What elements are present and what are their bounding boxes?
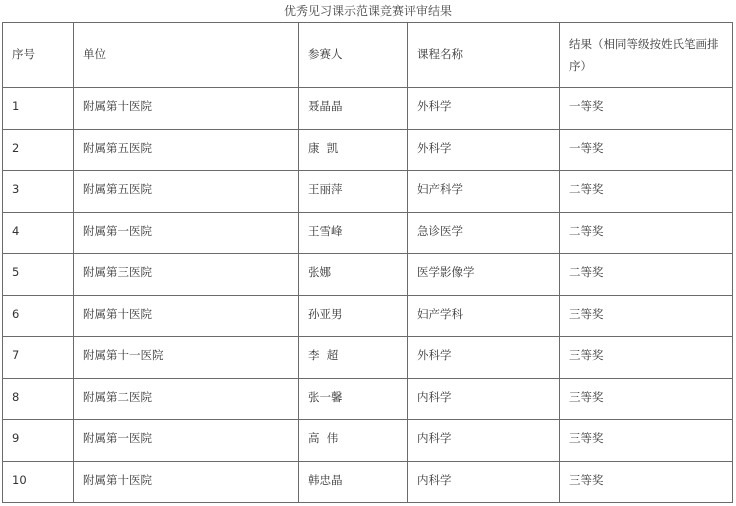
cell-result: 三等奖 bbox=[560, 337, 733, 379]
cell-course: 内科学 bbox=[408, 420, 560, 462]
table-row: 4 附属第一医院 王雪峰 急诊医学 二等奖 bbox=[3, 212, 733, 254]
cell-unit: 附属第十医院 bbox=[74, 88, 299, 130]
cell-course: 医学影像学 bbox=[408, 254, 560, 296]
cell-result: 三等奖 bbox=[560, 295, 733, 337]
table-row: 10 附属第十医院 韩忠晶 内科学 三等奖 bbox=[3, 461, 733, 503]
cell-unit: 附属第五医院 bbox=[74, 129, 299, 171]
cell-course: 内科学 bbox=[408, 378, 560, 420]
cell-result: 一等奖 bbox=[560, 129, 733, 171]
cell-result: 二等奖 bbox=[560, 171, 733, 213]
cell-result: 一等奖 bbox=[560, 88, 733, 130]
cell-result: 三等奖 bbox=[560, 420, 733, 462]
results-table: 序号 单位 参赛人 课程名称 结果（相同等级按姓氏笔画排序） 1 附属第十医院 … bbox=[2, 22, 733, 503]
cell-course: 妇产科学 bbox=[408, 171, 560, 213]
table-header-row: 序号 单位 参赛人 课程名称 结果（相同等级按姓氏笔画排序） bbox=[3, 23, 733, 88]
table-row: 7 附属第十一医院 李 超 外科学 三等奖 bbox=[3, 337, 733, 379]
cell-index: 3 bbox=[3, 171, 74, 213]
cell-participant: 王丽萍 bbox=[299, 171, 408, 213]
cell-unit: 附属第三医院 bbox=[74, 254, 299, 296]
cell-index: 8 bbox=[3, 378, 74, 420]
cell-course: 妇产学科 bbox=[408, 295, 560, 337]
table-row: 6 附属第十医院 孙亚男 妇产学科 三等奖 bbox=[3, 295, 733, 337]
header-index: 序号 bbox=[3, 23, 74, 88]
cell-index: 2 bbox=[3, 129, 74, 171]
cell-course: 外科学 bbox=[408, 337, 560, 379]
header-unit: 单位 bbox=[74, 23, 299, 88]
cell-index: 5 bbox=[3, 254, 74, 296]
cell-participant: 韩忠晶 bbox=[299, 461, 408, 503]
cell-result: 二等奖 bbox=[560, 254, 733, 296]
cell-index: 7 bbox=[3, 337, 74, 379]
table-row: 1 附属第十医院 聂晶晶 外科学 一等奖 bbox=[3, 88, 733, 130]
cell-index: 9 bbox=[3, 420, 74, 462]
cell-index: 1 bbox=[3, 88, 74, 130]
cell-participant: 高 伟 bbox=[299, 420, 408, 462]
cell-participant: 康 凯 bbox=[299, 129, 408, 171]
cell-course: 内科学 bbox=[408, 461, 560, 503]
cell-result: 三等奖 bbox=[560, 461, 733, 503]
cell-participant: 张娜 bbox=[299, 254, 408, 296]
cell-index: 4 bbox=[3, 212, 74, 254]
cell-unit: 附属第一医院 bbox=[74, 420, 299, 462]
cell-unit: 附属第十医院 bbox=[74, 295, 299, 337]
header-course: 课程名称 bbox=[408, 23, 560, 88]
cell-index: 10 bbox=[3, 461, 74, 503]
table-row: 5 附属第三医院 张娜 医学影像学 二等奖 bbox=[3, 254, 733, 296]
cell-unit: 附属第二医院 bbox=[74, 378, 299, 420]
cell-course: 急诊医学 bbox=[408, 212, 560, 254]
cell-unit: 附属第十医院 bbox=[74, 461, 299, 503]
cell-result: 三等奖 bbox=[560, 378, 733, 420]
cell-participant: 孙亚男 bbox=[299, 295, 408, 337]
cell-participant: 王雪峰 bbox=[299, 212, 408, 254]
table-row: 8 附属第二医院 张一馨 内科学 三等奖 bbox=[3, 378, 733, 420]
table-row: 9 附属第一医院 高 伟 内科学 三等奖 bbox=[3, 420, 733, 462]
cell-index: 6 bbox=[3, 295, 74, 337]
header-participant: 参赛人 bbox=[299, 23, 408, 88]
cell-unit: 附属第一医院 bbox=[74, 212, 299, 254]
cell-result: 二等奖 bbox=[560, 212, 733, 254]
cell-participant: 聂晶晶 bbox=[299, 88, 408, 130]
cell-participant: 张一馨 bbox=[299, 378, 408, 420]
cell-course: 外科学 bbox=[408, 129, 560, 171]
cell-unit: 附属第十一医院 bbox=[74, 337, 299, 379]
cell-course: 外科学 bbox=[408, 88, 560, 130]
header-result: 结果（相同等级按姓氏笔画排序） bbox=[560, 23, 733, 88]
table-row: 3 附属第五医院 王丽萍 妇产科学 二等奖 bbox=[3, 171, 733, 213]
cell-participant: 李 超 bbox=[299, 337, 408, 379]
cell-unit: 附属第五医院 bbox=[74, 171, 299, 213]
table-row: 2 附属第五医院 康 凯 外科学 一等奖 bbox=[3, 129, 733, 171]
document-title: 优秀见习课示范课竞赛评审结果 bbox=[0, 3, 736, 19]
